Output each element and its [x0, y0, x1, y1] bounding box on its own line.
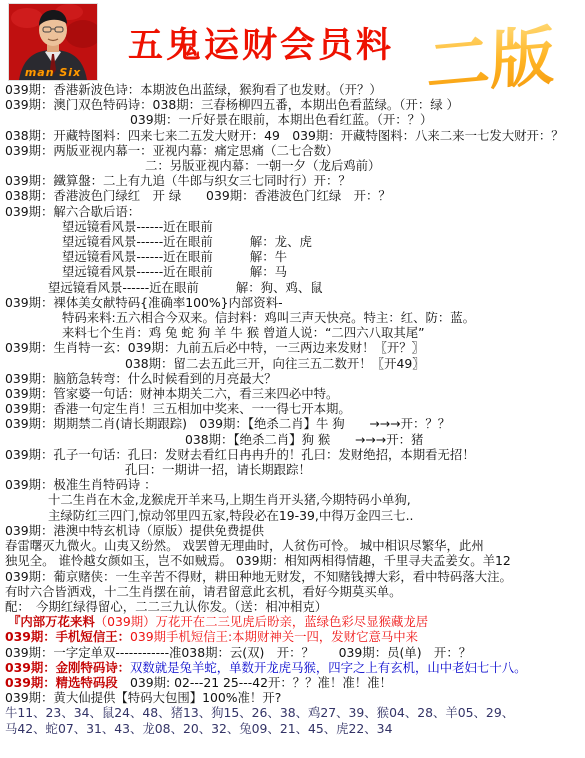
text-line: 十二生肖在木金,龙猴虎开羊来马,上期生肖开头猪,今期特码小单狗, [0, 492, 585, 507]
text-segment: 十二生肖在木金,龙猴虎开羊来马,上期生肖开头猪,今期特码小单狗, [48, 492, 411, 507]
text-segment: 039期：脑筋急转弯：什么时候看到的月亮最大？ [5, 371, 276, 386]
text-line: 『内部万花来料（039期）万花开在二三见虎后盼亲，蓝绿色彩尽显猴藏龙居 [0, 614, 585, 629]
text-line: 039期：黄大仙提供【特码大包围】100%准！开? [0, 690, 585, 705]
photo-watermark-text: man Six [9, 66, 97, 79]
text-line: 039期：一斤好景在眼前，本期出色看红蓝。（开：？） [0, 112, 585, 127]
text-segment: 038期：开藏特图料：四来七来二五发大财开：49 039期：开藏特图料：八来二来… [5, 128, 564, 143]
text-segment: 特码来料:五六相合今双来。信封料：鸡叫三声天快亮。特主：红、防：蓝。 [62, 310, 475, 325]
text-segment: 038期：香港波色门绿红 开 绿 039期：香港波色门红绿 开：？ [5, 188, 391, 203]
text-segment: 039期: 02---21 25---42开：？？准！准！准！ [118, 675, 392, 690]
text-segment: 039期：期期禁二肖(请长期跟踪) 039期：【绝杀二肖】牛 狗 →→→开：？？ [5, 416, 450, 431]
text-segment: 039期：澳门双色特码诗：038期：三春杨柳四五番，本期出色看蓝绿。（开：绿 ） [5, 97, 459, 112]
text-line: 039期：脑筋急转弯：什么时候看到的月亮最大？ [0, 371, 585, 386]
page-title: 五鬼运财会员料 [128, 18, 398, 68]
text-segment: 039期：管家婆一句话：财神本期关二六，看三来四必中特。 [5, 386, 338, 401]
text-line: 望远镜看风景------近在眼前 解：马 [0, 264, 585, 279]
text-segment: 039期：裸体美女献特码{准确率100%}内部资料- [5, 295, 283, 310]
text-segment: 039期：葡京赌侠：一生辛苦不得财，耕田种地无财发，不知赌钱搏大彩，看中特码落大… [5, 569, 512, 584]
text-segment: 望远镜看风景------近在眼前 [62, 219, 213, 234]
text-segment: 039期：生肖特一玄：039期：九前五后必中特，一三两边来发财！〖开？〗 [5, 340, 424, 355]
text-line: 038期：香港波色门绿红 开 绿 039期：香港波色门红绿 开：？ [0, 188, 585, 203]
text-segment: 039期：黄大仙提供【特码大包围】100%准！开? [5, 690, 281, 705]
text-segment: 039期：两版亚视内幕一：亚视内幕：痛定思痛（二七合数） [5, 143, 338, 158]
text-segment: 双数就是兔羊蛇，单数开龙虎马猴，四字之上有玄机，山中老妇七十八。 [130, 660, 527, 675]
text-line: 039期：极准生肖特码诗 ： [0, 477, 585, 492]
text-segment: 配： 今期红绿得留心，二二三九认你发。（送：相冲相克） [5, 599, 327, 614]
portrait-photo: man Six [8, 3, 98, 81]
text-line: 特码来料:五六相合今双来。信封料：鸡叫三声天快亮。特主：红、防：蓝。 [0, 310, 585, 325]
text-segment: 038期：【绝杀二肖】狗 猴 →→→开：猪 [185, 432, 423, 447]
text-segment: 马42、蛇07、31、43、龙08、20、32、兔09、21、45、虎22、34 [5, 721, 392, 736]
text-line: 039期：管家婆一句话：财神本期关二六，看三来四必中特。 [0, 386, 585, 401]
text-segment: 望远镜看风景------近在眼前 解：马 [62, 264, 287, 279]
text-line: 038期：【绝杀二肖】狗 猴 →→→开：猪 [0, 432, 585, 447]
text-line: 春雷曙灭九微火。山夷又纷然。 戏罢曾无理曲时，人贫伤可怜。 城中相识尽繁华，此州 [0, 538, 585, 553]
text-segment: 039期：一字定单双------------准038期：云(双) 开：？ 039… [5, 645, 471, 660]
text-line: 039期：香港新波色诗：本期波色出蓝绿，猴狗看了也发财。（开？） [0, 82, 585, 97]
content-lines: 039期：香港新波色诗：本期波色出蓝绿，猴狗看了也发财。（开？）039期：澳门双… [0, 82, 585, 736]
text-line: 039期：生肖特一玄：039期：九前五后必中特，一三两边来发财！〖开？〗 [0, 340, 585, 355]
text-line: 039期：香港一句定生肖！三五相加中奖来、一一得七开本期。 [0, 401, 585, 416]
text-line: 038期：开藏特图料：四来七来二五发大财开：49 039期：开藏特图料：八来二来… [0, 128, 585, 143]
text-line: 039期：期期禁二肖(请长期跟踪) 039期：【绝杀二肖】牛 狗 →→→开：？？ [0, 416, 585, 431]
text-segment: 有时六合皆洒戏，十二生肖摆在前，请君留意此玄机，看好今期莫买单。 [5, 584, 402, 599]
text-segment: 孔曰：一期讲一招，请长期跟踪！ [125, 462, 311, 477]
text-segment: 039期：精选特码段 [5, 675, 118, 690]
text-segment: 望远镜看风景------近在眼前 解：龙、虎 [62, 234, 312, 249]
text-line: 孔曰：一期讲一招，请长期跟踪！ [0, 462, 585, 477]
text-line: 望远镜看风景------近在眼前 解：龙、虎 [0, 234, 585, 249]
text-line: 038期：留二去五此三开，向往三五二数开！〖开49〗 [0, 356, 585, 371]
text-segment: 二：另版亚视内幕：一朝一夕（龙后鸡前） [145, 158, 380, 173]
text-segment: 主绿防红三四门,惊动邻里四五家,特段必在19-39,中得万金四三七.. [48, 508, 413, 523]
text-segment: 望远镜看风景------近在眼前 解：狗、鸡、鼠 [48, 280, 323, 295]
text-line: 039期：裸体美女献特码{准确率100%}内部资料- [0, 295, 585, 310]
text-line: 039期：精选特码段 039期: 02---21 25---42开：？？准！准！… [0, 675, 585, 690]
text-segment: 039期：香港一句定生肖！三五相加中奖来、一一得七开本期。 [5, 401, 351, 416]
text-line: 039期：港澳中特玄机诗（原版）提供免费提供 [0, 523, 585, 538]
text-line: 望远镜看风景------近在眼前 解：牛 [0, 249, 585, 264]
text-segment: 039期：孔子一句话：孔曰：发财去看红日冉冉升的！孔曰：发财绝招，本期看无招！ [5, 447, 475, 462]
text-segment: 牛11、23、34、鼠24、48、猪13、狗15、26、38、鸡27、39、猴0… [5, 705, 514, 720]
text-segment: 来料七个生肖：鸡 兔 蛇 狗 羊 牛 猴 曾道人说：“二四六八取其尾” [62, 325, 425, 340]
text-line: 来料七个生肖：鸡 兔 蛇 狗 羊 牛 猴 曾道人说：“二四六八取其尾” [0, 325, 585, 340]
text-line: 039期：澳门双色特码诗：038期：三春杨柳四五番，本期出色看蓝绿。（开：绿 ） [0, 97, 585, 112]
text-segment: 039期：金刚特码诗： [5, 660, 130, 675]
text-line: 二：另版亚视内幕：一朝一夕（龙后鸡前） [0, 158, 585, 173]
text-segment: 望远镜看风景------近在眼前 解：牛 [62, 249, 287, 264]
tip-sheet-page: man Six 五鬼运财会员料 二版 039期：香港新波色诗：本期波色出蓝绿，猴… [0, 0, 585, 758]
text-line: 有时六合皆洒戏，十二生肖摆在前，请君留意此玄机，看好今期莫买单。 [0, 584, 585, 599]
text-segment: （039期）万花开在二三见虎后盼亲，蓝绿色彩尽显猴藏龙居 [95, 614, 428, 629]
text-line: 望远镜看风景------近在眼前 解：狗、鸡、鼠 [0, 280, 585, 295]
text-line: 039期：金刚特码诗：双数就是兔羊蛇，单数开龙虎马猴，四字之上有玄机，山中老妇七… [0, 660, 585, 675]
text-segment: 春雷曙灭九微火。山夷又纷然。 戏罢曾无理曲时，人贫伤可怜。 城中相识尽繁华，此州 [5, 538, 484, 553]
text-line: 马42、蛇07、31、43、龙08、20、32、兔09、21、45、虎22、34 [0, 721, 585, 736]
text-segment: 038期：留二去五此三开，向往三五二数开！〖开49〗 [125, 356, 425, 371]
text-line: 独见全。 谁怜越女颜如玉，岂不如贼焉。 039期：相知两相得情趣，千里寻夫孟姜女… [0, 553, 585, 568]
text-segment: 039期：一斤好景在眼前，本期出色看红蓝。（开：？） [130, 112, 432, 127]
text-segment: 『内部万花来料 [8, 614, 95, 629]
text-segment: 039期：解六合歇后语： [5, 204, 140, 219]
text-line: 039期：解六合歇后语： [0, 204, 585, 219]
text-segment: 039期：香港新波色诗：本期波色出蓝绿，猴狗看了也发财。（开？） [5, 82, 382, 97]
text-segment: 039期手机短信王:本期财神关一四，发财它意马中来 [130, 629, 418, 644]
text-line: 主绿防红三四门,惊动邻里四五家,特段必在19-39,中得万金四三七.. [0, 508, 585, 523]
text-line: 配： 今期红绿得留心，二二三九认你发。（送：相冲相克） [0, 599, 585, 614]
text-line: 039期：一字定单双------------准038期：云(双) 开：？ 039… [0, 645, 585, 660]
text-line: 039期：鐵算盤：二上有九追（牛郎与织女三七同时行）开：？ [0, 173, 585, 188]
text-line: 牛11、23、34、鼠24、48、猪13、狗15、26、38、鸡27、39、猴0… [0, 705, 585, 720]
text-line: 039期：孔子一句话：孔曰：发财去看红日冉冉升的！孔曰：发财绝招，本期看无招！ [0, 447, 585, 462]
text-line: 039期：两版亚视内幕一：亚视内幕：痛定思痛（二七合数） [0, 143, 585, 158]
text-line: 039期：葡京赌侠：一生辛苦不得财，耕田种地无财发，不知赌钱搏大彩，看中特码落大… [0, 569, 585, 584]
text-line: 望远镜看风景------近在眼前 [0, 219, 585, 234]
text-segment: 039期：手机短信王： [5, 629, 130, 644]
text-segment: 039期：港澳中特玄机诗（原版）提供免费提供 [5, 523, 264, 538]
text-segment: 039期：极准生肖特码诗 ： [5, 477, 157, 492]
text-segment: 039期：鐵算盤：二上有九追（牛郎与织女三七同时行）开：？ [5, 173, 351, 188]
text-line: 039期：手机短信王：039期手机短信王:本期财神关一四，发财它意马中来 [0, 629, 585, 644]
text-segment: 独见全。 谁怜越女颜如玉，岂不如贼焉。 039期：相知两相得情趣，千里寻夫孟姜女… [5, 553, 511, 568]
